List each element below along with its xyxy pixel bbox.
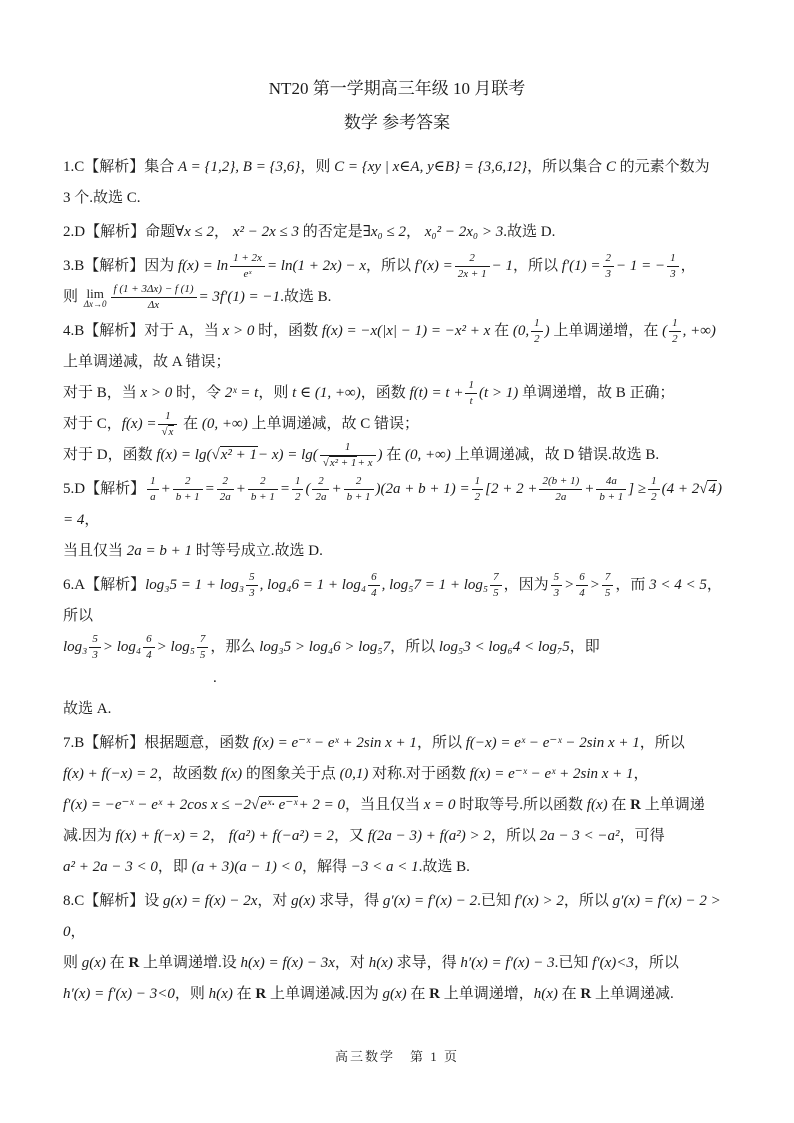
fraction-numerator: 6 [576,571,588,586]
fraction: 53 [551,571,563,600]
math-run: b + 1 [347,491,371,503]
math-run: 4 [708,481,716,497]
math-run: 2(b + 1) [542,475,579,487]
text-run: 3.B【解析】因为 [63,258,178,274]
fraction-denominator: Δx [111,298,197,312]
fraction: 64 [143,633,155,662]
fraction-denominator: eˣ [230,267,265,281]
math-run: f(x) [221,766,242,782]
answer-4: 4.B【解析】对于 A，当 x > 0 时，函数 f(x) = −x(|x| −… [63,316,731,471]
radical-sign: √ [161,426,167,438]
math-run: + x [357,457,372,469]
math-run: x > 0 [223,323,255,339]
text-line: 则 limΔx→0f (1 + 3Δx) − f (1)Δx= 3f′(1) =… [63,282,731,313]
math-run: = ln(1 + 2x) − x [267,258,366,274]
math-run: b + 1 [251,491,275,503]
math-run: 1 [165,410,171,422]
math-run: (a + 3)(a − 1) < 0 [192,859,302,875]
text-run: 单调递增，故 B 正确； [518,385,674,401]
math-run: f(x) = e⁻ˣ − eˣ + 2sin x + 1 [470,766,634,782]
fraction: 22a [217,475,234,504]
text-run: ，因为 [504,577,549,593]
math-run: − 1 [492,258,513,274]
answer-1: 1.C【解析】集合 A = {1,2}, B = {3,6}，则 C = {xy… [63,152,731,214]
math-run: a [150,491,156,503]
text-run: ，所以集合 [527,159,606,175]
math-run: 1 [295,475,301,487]
math-run: 2a − 3 < −a² [540,828,620,844]
text-run: ，所以 [491,828,540,844]
text-run: ，所以 [634,955,679,971]
math-run: h(x) [209,986,233,1002]
text-run: 的元素个数为 [616,159,710,175]
fraction: 12 [648,475,660,504]
math-run: f(x) = −x(|x| − 1) = −x² + x [322,323,490,339]
math-run: eˣ· e⁻ˣ [260,797,297,813]
math-run: 2x + 1 [458,268,487,280]
math-run: 2a [555,491,566,503]
math-run: f(x) = ln [178,258,228,274]
math-run: 5 [200,649,206,661]
page-footer: 高三数学 第 1 页 [0,1046,794,1065]
fraction-denominator: 2a [312,490,329,504]
text-run: 上单调递减. [591,986,674,1002]
fraction: 13 [667,252,679,281]
fraction: 1√x² + 1+ x [320,441,376,470]
text-run: 5.D【解析】 [63,481,145,497]
math-run: 2a [220,491,231,503]
math-run: f(x) [587,797,608,813]
text-run: 故选 A. [63,701,111,717]
fraction-numerator: 1 [147,475,159,490]
text-run: ， [214,224,233,240]
fraction: 53 [246,571,258,600]
fraction-numerator: 7 [602,571,614,586]
math-run: = [280,481,290,497]
text-run: 减.因为 [63,828,116,844]
math-run: f′(x) = −e⁻ˣ − eˣ + 2cos x ≤ −2 [63,797,251,813]
text-run: 对于 B，当 [63,385,141,401]
math-run: 1 [651,475,657,487]
fraction: 12 [531,317,543,346]
math-run: )(2a + b + 1) = [376,481,470,497]
math-run: h′(x) = f′(x) − 3<0 [63,986,175,1002]
text-run: ， [71,924,86,940]
fraction-numerator: 1 [669,317,681,332]
math-run: > [564,577,574,593]
math-run: 4a [606,475,617,487]
radical-sign: √ [323,457,329,469]
text-line: 4.B【解析】对于 A，当 x > 0 时，函数 f(x) = −x(|x| −… [63,316,731,347]
math-run: f′(x)<3 [592,955,634,971]
fraction-denominator: b + 1 [248,490,278,504]
text-run: ，故函数 [158,766,222,782]
text-run: 对称.对于函数 [368,766,469,782]
fraction-numerator: 2 [455,252,490,267]
fraction: 12 [669,317,681,346]
text-run: ， [84,512,99,528]
fraction: 1a [147,475,159,504]
text-run: 4.B【解析】对于 A，当 [63,323,223,339]
math-run: 3 [554,587,560,599]
fraction-numerator: 1 [667,252,679,267]
text-run: ，则 [300,159,334,175]
math-run: h(x) [369,955,393,971]
text-line: 当且仅当 2a = b + 1 时等号成立.故选 D. [63,536,731,567]
text-run: 2.D【解析】命题 [63,224,175,240]
fraction: 12 [292,475,304,504]
text-run: 上单调递减，故 A 错误； [63,354,231,370]
text-line: 减.因为 f(x) + f(−x) = 2， f(a²) + f(−a²) = … [63,821,731,852]
text-run: ，对 [335,955,369,971]
fraction-numerator: 2 [344,475,374,490]
math-run: = 3f′(1) = −1 [199,289,281,305]
fraction-denominator: b + 1 [173,490,203,504]
math-run: x² + 1 [221,447,257,463]
exam-subtitle: 数学 参考答案 [63,112,731,134]
text-run: ，所以 [366,258,415,274]
text-line: h′(x) = f′(x) − 3<0，则 h(x) 在 R 上单调递减.因为 … [63,979,731,1010]
text-run: 则 [63,289,82,305]
text-run: 在 [558,986,581,1002]
text-line: 对于 C，f(x) =1√x 在 (0, +∞) 上单调递减，故 C 错误； [63,409,731,440]
fraction-denominator: 2 [531,332,543,346]
text-run: 对于 D，函数 [63,447,156,463]
math-run: 6 [371,571,377,583]
fraction-numerator: 6 [143,633,155,648]
text-line: 则 g(x) 在 R 上单调递增.设 h(x) = f(x) − 3x，对 h(… [63,948,731,979]
fraction-numerator: 1 [158,410,177,425]
text-run: ，所以 [513,258,562,274]
text-run: . [213,670,217,686]
math-run: 7 [605,571,611,583]
text-run: 当且仅当 [63,543,127,559]
math-run: f(−x) = eˣ − e⁻ˣ − 2sin x + 1 [466,735,640,751]
fraction: 2b + 1 [344,475,374,504]
math-run: 2 [318,475,324,487]
math-run: log₅3 < log₆4 < log₇5 [439,639,570,655]
fraction: 2b + 1 [248,475,278,504]
math-run: g(x) [291,893,315,909]
fraction: 1√x [158,410,177,439]
fraction-denominator: 3 [246,586,258,600]
text-run: ，又 [334,828,368,844]
fraction-denominator: 5 [490,586,502,600]
math-run: 5 [249,571,255,583]
text-run: .已知 [555,955,593,971]
math-run: 4 [579,587,585,599]
text-run: 时，函数 [254,323,322,339]
text-run: ，所以 [564,893,613,909]
math-run: 5 [493,587,499,599]
text-run: ，解得 [302,859,351,875]
text-run: 的图象关于点 [242,766,340,782]
text-run: 对于 C， [63,416,122,432]
limit: limΔx→0 [84,287,107,309]
fraction-denominator: 5 [602,586,614,600]
answer-5: 5.D【解析】1a+2b + 1=22a+2b + 1=12(22a+2b + … [63,474,731,567]
fraction-numerator: 2 [248,475,278,490]
fraction-numerator: 7 [197,633,209,648]
fraction-numerator: 4a [596,475,626,490]
math-run: + [236,481,246,497]
math-run: + [161,481,171,497]
math-run: f′(1) = [562,258,601,274]
math-run: h′(x) = f′(x) − 3 [460,955,554,971]
math-run: h(x) = f(x) − 3x [241,955,335,971]
math-run: 2 [223,475,229,487]
math-run: 7 [200,633,206,645]
radicand: x [168,425,175,438]
math-run: g(x) = f(x) − 2x [163,893,257,909]
fraction-denominator: 4 [143,648,155,662]
math-run: (0, +∞) [202,416,248,432]
fraction-denominator: 4 [576,586,588,600]
fraction-denominator: 3 [667,267,679,281]
text-run: 时取等号.所以函数 [456,797,587,813]
radicand: eˣ· e⁻ˣ [259,796,298,813]
fraction: 12 [472,475,484,504]
text-run: 的否定是 [299,224,363,240]
math-run: 2 [185,475,191,487]
square-root: √eˣ· e⁻ˣ [251,790,298,821]
fraction-denominator: √x [158,425,177,439]
text-run: ，函数 [361,385,410,401]
fraction-denominator: 4 [368,586,380,600]
bold-symbol: R [630,797,641,813]
fraction: 1t [465,379,477,408]
fraction: 4ab + 1 [596,475,626,504]
text-run: 在 [233,986,256,1002]
text-run: 上单调递减，故 D 错误.故选 B. [451,447,659,463]
text-run: ，即 [158,859,192,875]
fraction-numerator: 5 [246,571,258,586]
fraction-numerator: 1 [648,475,660,490]
bold-symbol: R [580,986,591,1002]
math-run: [2 + 2 + [485,481,537,497]
math-run: + 2 = 0 [298,797,345,813]
math-run: 1 + 2x [233,252,262,264]
math-run: 2a [315,491,326,503]
text-line: 2.D【解析】命题∀x ≤ 2， x² − 2x ≤ 3 的否定是∃x₀ ≤ 2… [63,217,731,248]
fraction-denominator: 2a [217,490,234,504]
fraction: f (1 + 3Δx) − f (1)Δx [111,283,197,312]
text-run: .故选 D. [503,224,555,240]
math-run: 3 [92,649,98,661]
math-run: ] ≥ [628,481,646,497]
math-run: 2a = b + 1 [127,543,192,559]
fraction-numerator: 1 [292,475,304,490]
fraction-denominator: √x² + 1+ x [320,456,376,470]
fraction-numerator: 2 [603,252,615,267]
text-line: log₃53> log₄64> log₅75，那么 log₃5 > log₄6 … [63,632,731,694]
math-run: 3 < 4 < 5 [649,577,707,593]
math-run: > log₅ [157,639,195,655]
text-run: ，则 [175,986,209,1002]
math-run: f (1 + 3Δx) − f (1) [114,283,194,295]
fraction-numerator: 2 [217,475,234,490]
square-root: √x² + 1 [211,440,258,471]
math-run: 5 [554,571,560,583]
math-run: + [584,481,594,497]
math-run: −3 < a < 1 [351,859,419,875]
text-run: 在 [106,955,129,971]
text-run: 上单调递减.因为 [266,986,382,1002]
answer-2: 2.D【解析】命题∀x ≤ 2， x² − 2x ≤ 3 的否定是∃x₀ ≤ 2… [63,217,731,248]
fraction-denominator: b + 1 [596,490,626,504]
math-run: 1 [150,475,156,487]
limit-subscript: Δx→0 [84,300,107,309]
text-run: ， [634,766,649,782]
math-run: 1 [468,379,474,391]
fraction-denominator: 2 [292,490,304,504]
math-run: 2 [356,475,362,487]
fraction: 75 [197,633,209,662]
math-run: eˣ [244,268,252,280]
text-line: 3.B【解析】因为 f(x) = ln1 + 2xeˣ= ln(1 + 2x) … [63,251,731,282]
fraction-numerator: 7 [490,571,502,586]
math-run: , +∞) [683,323,716,339]
fraction: 53 [89,633,101,662]
text-run: ，而 [615,577,649,593]
document-page: NT20 第一学期高三年级 10 月联考 数学 参考答案 1.C【解析】集合 A… [0,0,794,1010]
math-run: h(x) [534,986,558,1002]
math-run: g′(x) = f′(x) − 2 [383,893,477,909]
math-run: 2 [469,252,475,264]
text-line: 对于 B，当 x > 0 时，令 2ˣ = t，则 t ∈ (1, +∞)，函数… [63,378,731,409]
bold-symbol: R [429,986,440,1002]
text-run: 求导，得 [315,893,383,909]
answer-8: 8.C【解析】设 g(x) = f(x) − 2x，对 g(x) 求导，得 g′… [63,886,731,1010]
math-run: 1 [672,317,678,329]
exam-title: NT20 第一学期高三年级 10 月联考 [63,78,731,100]
text-run: 上单调递增.设 [139,955,240,971]
math-run: 3 [670,268,676,280]
fraction-numerator: 2 [312,475,329,490]
math-run: f′(x) = [415,258,453,274]
text-run: 1.C【解析】集合 [63,159,178,175]
math-run: C = {xy | x∈A, y∈B} = {3,6,12} [334,159,527,175]
math-run: log₃ [63,639,87,655]
math-run: 2 [534,333,540,345]
fraction-numerator: 1 + 2x [230,252,265,267]
fraction: 22x + 1 [455,252,490,281]
text-run: ，即 [570,639,600,655]
text-run: 则 [63,955,82,971]
answer-6: 6.A【解析】log₃5 = 1 + log₃53, log₄6 = 1 + l… [63,570,731,725]
fraction: 64 [576,571,588,600]
text-run: 7.B【解析】根据题意，函数 [63,735,253,751]
text-line: f′(x) = −e⁻ˣ − eˣ + 2cos x ≤ −2√eˣ· e⁻ˣ+… [63,790,731,821]
text-run: 上单调递增，在 [550,323,663,339]
fraction: 64 [368,571,380,600]
math-run: 3 [606,268,612,280]
math-run: t [470,395,473,407]
text-line: f(x) + f(−x) = 2，故函数 f(x) 的图象关于点 (0,1) 对… [63,759,731,790]
math-run: 1 [475,475,481,487]
fraction: 1 + 2xeˣ [230,252,265,281]
text-run: 6.A【解析】 [63,577,145,593]
fraction-numerator: 2(b + 1) [539,475,582,490]
math-run: 3 [249,587,255,599]
text-run: .已知 [477,893,515,909]
text-run: 在 [490,323,513,339]
text-run: 求导，得 [393,955,461,971]
math-run: 6 [579,571,585,583]
fraction-denominator: 3 [89,648,101,662]
math-run: b + 1 [176,491,200,503]
fraction-denominator: 2 [472,490,484,504]
math-run: f(x) + f(−x) = 2 [116,828,211,844]
math-run: f′(x) > 2 [515,893,564,909]
math-run: 2 [672,333,678,345]
text-run: ，所以 [640,735,685,751]
math-run: (4 + 2 [662,481,700,497]
math-run: 5 [92,633,98,645]
fraction-denominator: 2a [539,490,582,504]
text-run: 在 [608,797,631,813]
math-run: log₃5 = 1 + log₃ [145,577,244,593]
math-run: > log₄ [103,639,141,655]
math-run: g(x) [382,986,406,1002]
fraction-numerator: 5 [89,633,101,648]
math-run: 2 [651,491,657,503]
fraction: 23 [603,252,615,281]
math-run: f(t) = t + [409,385,463,401]
fraction: 2b + 1 [173,475,203,504]
math-run: C [606,159,616,175]
answer-7: 7.B【解析】根据题意，函数 f(x) = e⁻ˣ − eˣ + 2sin x … [63,728,731,883]
math-run: ∃x₀ ≤ 2 [363,224,406,240]
math-run: Δx [148,299,159,311]
math-run: 7 [493,571,499,583]
text-run: .故选 B. [419,859,470,875]
fraction-numerator: f (1 + 3Δx) − f (1) [111,283,197,298]
text-line: 1.C【解析】集合 A = {1,2}, B = {3,6}，则 C = {xy… [63,152,731,183]
text-line: 5.D【解析】1a+2b + 1=22a+2b + 1=12(22a+2b + … [63,474,731,536]
fraction-numerator: 1 [320,441,376,456]
math-run: (0,1) [340,766,369,782]
radicand: x² + 1 [220,446,258,463]
text-run: 在 [383,447,406,463]
text-run: ，可得 [620,828,665,844]
fraction-numerator: 1 [465,379,477,394]
fraction: 75 [490,571,502,600]
text-line: 对于 D，函数 f(x) = lg(√x² + 1− x) = lg(1√x² … [63,440,731,471]
math-run: A = {1,2}, B = {3,6} [178,159,300,175]
math-run: x² − 2x ≤ 3 [233,224,299,240]
fraction-numerator: 2 [173,475,203,490]
math-run: g(x) [82,955,106,971]
math-run: 4 [371,587,377,599]
limit-label: lim [84,287,107,300]
text-run: 上单调递减，故 C 错误； [248,416,419,432]
math-run: > [590,577,600,593]
math-run: f(x) = lg( [156,447,211,463]
text-run: ， [210,828,229,844]
math-run: 1 [670,252,676,264]
fraction-denominator: 2 [648,490,660,504]
math-run: f(x) = e⁻ˣ − eˣ + 2sin x + 1 [253,735,417,751]
text-run: 3 个.故选 C. [63,190,141,206]
fraction-denominator: 2 [669,332,681,346]
text-line: 8.C【解析】设 g(x) = f(x) − 2x，对 g(x) 求导，得 g′… [63,886,731,948]
fraction-denominator: 2x + 1 [455,267,490,281]
math-run: 1 [534,317,540,329]
bold-symbol: R [255,986,266,1002]
math-run: b + 1 [599,491,623,503]
math-run: ∀x ≤ 2 [175,224,214,240]
